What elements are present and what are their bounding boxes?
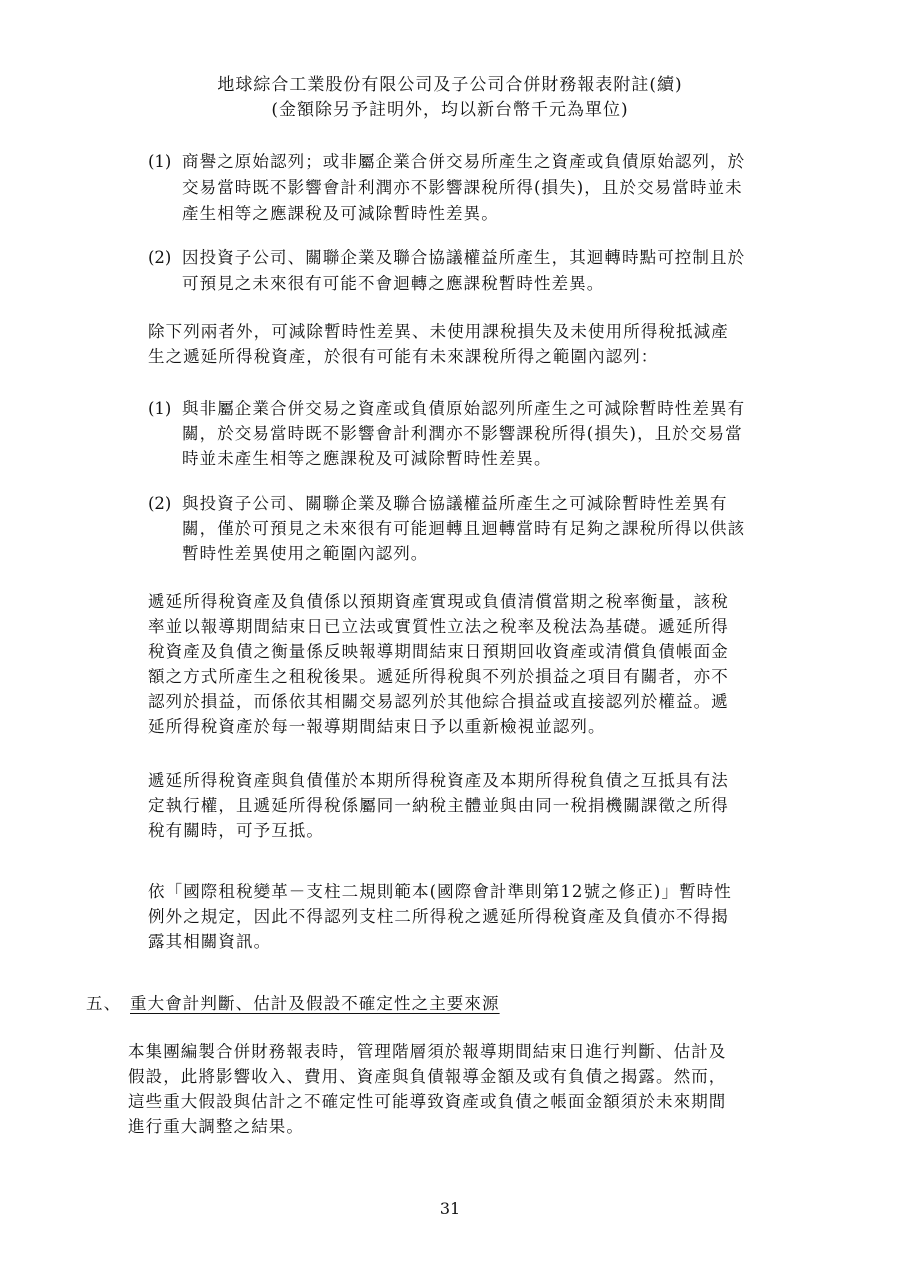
paragraph-line: 假設，此將影響收入、費用、資產與負債報導金額及或有負債之揭露。然而， [128, 1065, 726, 1089]
paragraph-line: 稅有關時，可予互抵。 [148, 819, 324, 843]
document-title: 地球綜合工業股份有限公司及子公司合併財務報表附註(續) [0, 73, 900, 97]
list-item-line: 交易當時既不影響會計利潤亦不影響課稅所得(損失)，且於交易當時並未 [182, 176, 743, 200]
document-subtitle: (金額除另予註明外，均以新台幣千元為單位) [0, 98, 900, 122]
paragraph-line: 率並以報導期間結束日已立法或實質性立法之稅率及稅法為基礎。遞延所得 [148, 615, 729, 639]
list-item-line: 暫時性差異使用之範圍內認列。 [182, 542, 428, 566]
paragraph-line: 稅資產及負債之衡量係反映報導期間結束日預期回收資產或清償負債帳面金 [148, 640, 729, 664]
list-item-line: 關，僅於可預見之未來很有可能迴轉且迴轉當時有足夠之課稅所得以供該 [182, 517, 745, 541]
list-marker: (2) [148, 246, 171, 270]
document-page: 地球綜合工業股份有限公司及子公司合併財務報表附註(續) (金額除另予註明外，均以… [0, 0, 900, 1273]
paragraph-line: 露其相關資訊。 [148, 930, 271, 954]
list-item-line: 可預見之未來很有可能不會迴轉之應課稅暫時性差異。 [182, 272, 604, 296]
paragraph-line: 遞延所得稅資產與負債僅於本期所得稅資產及本期所得稅負債之互抵具有法 [148, 769, 729, 793]
list-item-line: 產生相等之應課稅及可減除暫時性差異。 [182, 202, 499, 226]
paragraph-line: 額之方式所產生之租稅後果。遞延所得稅與不列於損益之項目有關者，亦不 [148, 665, 729, 689]
paragraph-line: 遞延所得稅資產及負債係以預期資產實現或負債清償當期之稅率衡量，該稅 [148, 590, 729, 614]
section-title: 重大會計判斷、估計及假設不確定性之主要來源 [130, 992, 500, 1016]
list-marker: (1) [148, 150, 171, 174]
list-marker: (2) [148, 492, 171, 516]
list-item-line: 與非屬企業合併交易之資產或負債原始認列所產生之可減除暫時性差異有 [182, 397, 745, 421]
paragraph-line: 生之遞延所得稅資產，於很有可能有未來課稅所得之範圍內認列： [148, 345, 658, 369]
list-item-line: 關，於交易當時既不影響會計利潤亦不影響課稅所得(損失)，且於交易當 [182, 422, 743, 446]
list-marker: (1) [148, 397, 171, 421]
section-number: 五、 [86, 992, 121, 1016]
list-item-line: 與投資子公司、關聯企業及聯合協議權益所產生之可減除暫時性差異有 [182, 492, 728, 516]
paragraph-line: 延所得稅資產於每一報導期間結束日予以重新檢視並認列。 [148, 715, 606, 739]
paragraph-line: 例外之規定，因此不得認列支柱二所得稅之遞延所得稅資產及負債亦不得揭 [148, 905, 729, 929]
paragraph-line: 本集團編製合併財務報表時，管理階層須於報導期間結束日進行判斷、估計及 [128, 1040, 726, 1064]
paragraph-line: 認列於損益，而係依其相關交易認列於其他綜合損益或直接認列於權益。遞 [148, 690, 729, 714]
list-item-line: 商譽之原始認列；或非屬企業合併交易所產生之資產或負債原始認列，於 [182, 150, 745, 174]
paragraph-line: 這些重大假設與估計之不確定性可能導致資產或負債之帳面金額須於未來期間 [128, 1090, 726, 1114]
paragraph-line: 依「國際租稅變革－支柱二規則範本(國際會計準則第12號之修正)」暫時性 [148, 880, 732, 904]
list-item-line: 時並未產生相等之應課稅及可減除暫時性差異。 [182, 447, 552, 471]
page-number: 31 [0, 1198, 900, 1220]
paragraph-line: 除下列兩者外，可減除暫時性差異、未使用課稅損失及未使用所得稅抵減產 [148, 320, 729, 344]
paragraph-line: 定執行權，且遞延所得稅係屬同一納稅主體並與由同一稅捐機關課徵之所得 [148, 794, 729, 818]
list-item-line: 因投資子公司、關聯企業及聯合協議權益所產生，其迴轉時點可控制且於 [182, 246, 745, 270]
paragraph-line: 進行重大調整之結果。 [128, 1115, 304, 1139]
